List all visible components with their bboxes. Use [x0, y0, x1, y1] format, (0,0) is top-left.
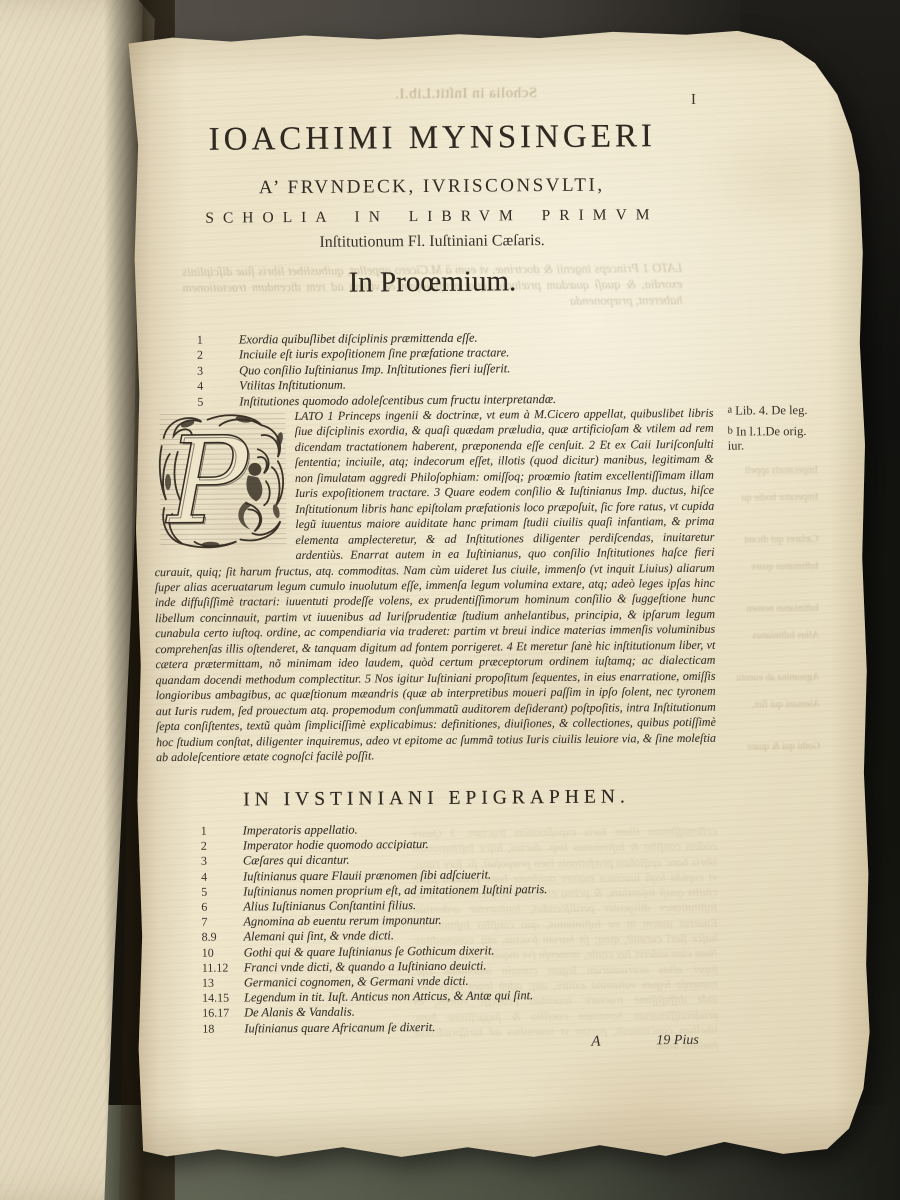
work-title: SCHOLIA IN LIBRVM PRIMVM — [152, 206, 712, 228]
signature-line: A 19 Pius — [158, 1033, 718, 1057]
section-heading-prooemium: In Proœmium. — [152, 264, 712, 301]
svg-text:P: P — [167, 413, 252, 550]
prooemium-argument-list: 1Exordia quibuſlibet diſciplinis præmitt… — [153, 329, 714, 410]
author-name-title: IOACHIMI MYNSINGERI — [137, 118, 727, 160]
signature-mark: A — [591, 1034, 600, 1051]
margin-note: b In l.1.De orig. iur. — [728, 423, 814, 453]
epigraphen-argument-list: 1Imperatoris appellatio. 2Imperator hodi… — [157, 820, 719, 1037]
author-epithet-title: A’ FRVNDECK, IVRISCONSVLTI, — [152, 174, 712, 200]
catchword: 19 Pius — [656, 1033, 699, 1049]
section-heading-epigraphen: IN IVSTINIANI EPIGRAPHEN. — [156, 786, 716, 812]
page-number: I — [691, 92, 696, 109]
prooemium-paragraph: P P LATO 1 Princeps ingenii & doctrinæ, … — [153, 406, 716, 796]
photo-scene: Scholia in Inſtit.Lib.I. I IOACHIMI MYNS… — [0, 0, 900, 1200]
margin-note: a Lib. 4. De leg. — [727, 403, 839, 418]
bleedthrough-margin-notes: Imperatoris appellImperator hodie quCæſa… — [722, 465, 820, 768]
book-page: Scholia in Inſtit.Lib.I. I IOACHIMI MYNS… — [128, 27, 871, 1163]
text-block: Scholia in Inſtit.Lib.I. I IOACHIMI MYNS… — [150, 28, 719, 1162]
work-subtitle: Inſtitutionum Fl. Iuſtiniani Cæſaris. — [152, 231, 712, 253]
bleedthrough-running-header: Scholia in Inſtit.Lib.I. — [336, 85, 596, 104]
decorated-initial-P-woodcut: P P — [157, 411, 288, 550]
margin-notes: a Lib. 4. De leg. b In l.1.De orig. iur. — [727, 403, 839, 459]
